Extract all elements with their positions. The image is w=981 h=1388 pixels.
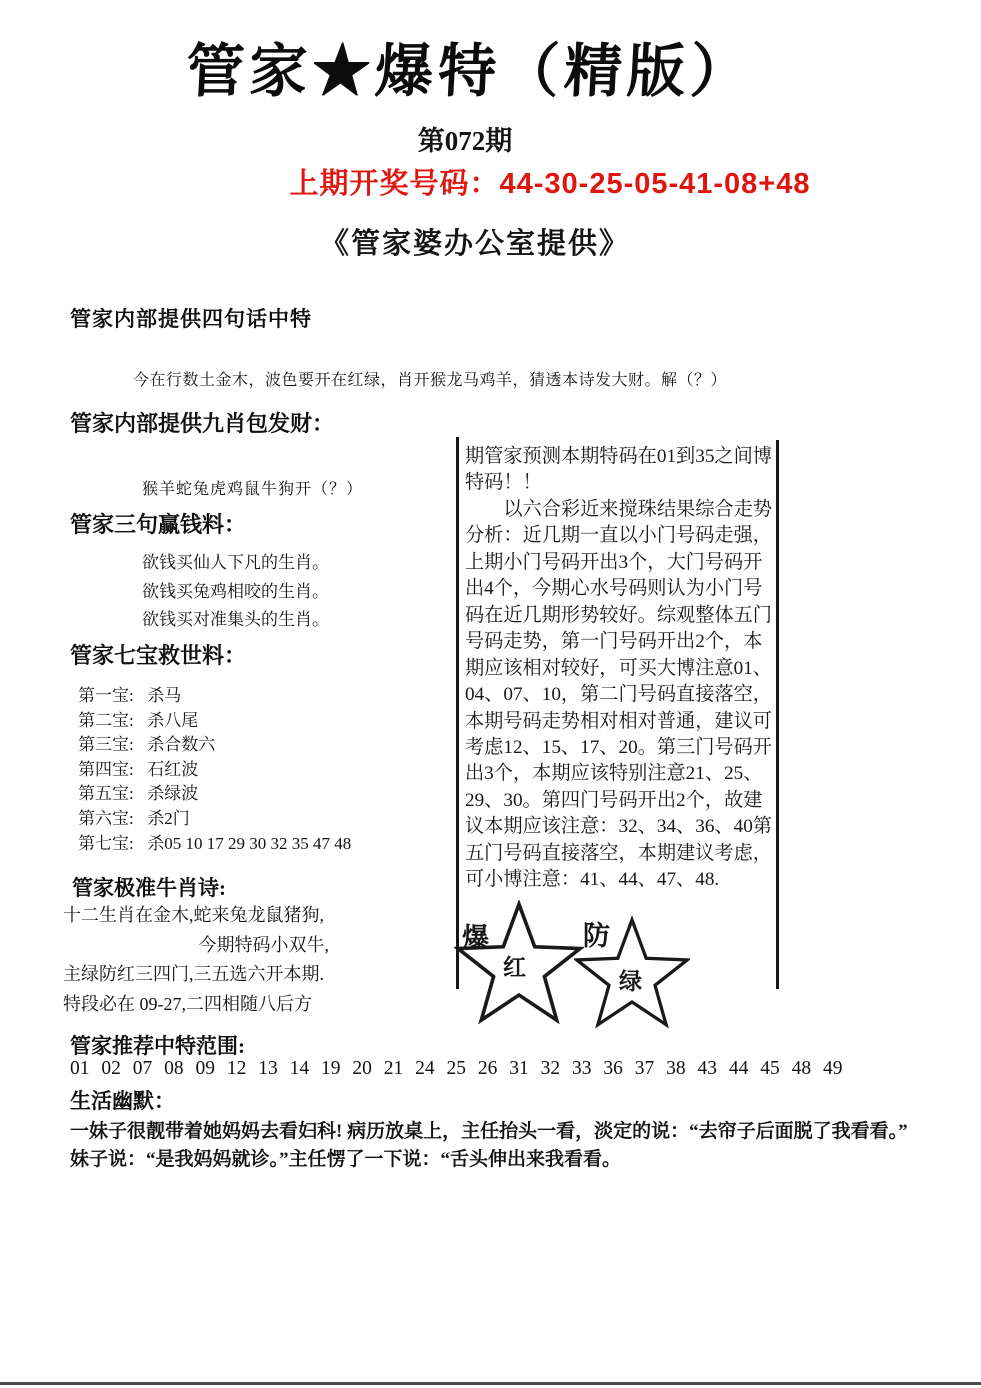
treasure-label: 第三宝: xyxy=(78,733,143,758)
poem-line: 主绿防红三四门,三五选六开本期. xyxy=(63,960,335,990)
section-heading-three-tips: 管家三句赢钱料： xyxy=(70,508,246,539)
star-label-lv: 绿 xyxy=(619,963,642,996)
treasure-label: 第七宝: xyxy=(78,832,143,857)
humor-line: 一妹子很靓带着她妈妈去看妇科! 病历放桌上，主任抬头一看，淡定的说：“去帘子后面… xyxy=(70,1118,938,1146)
treasure-row: 第一宝: 杀马 xyxy=(78,684,351,709)
treasure-value: 杀绿波 xyxy=(147,784,198,803)
scan-bottom-edge xyxy=(0,1382,981,1385)
treasure-row: 第六宝: 杀2门 xyxy=(78,807,351,832)
humor-line: 妹子说：“是我妈妈就诊。”主任愣了一下说：“舌头伸出来我看看。 xyxy=(70,1146,938,1174)
poem-line: 今期特码小双牛, xyxy=(63,931,335,961)
section-heading-recommend-range: 管家推荐中特范围: xyxy=(70,1030,245,1060)
prediction-line: 出3个，本期应该特别注意21、25、 xyxy=(465,761,775,787)
prediction-line: 期管家预测本期特码在01到35之间博 xyxy=(465,444,775,470)
section-heading-seven-treasures: 管家七宝救世料： xyxy=(70,639,246,670)
prediction-line: 号码走势，第一门号码开出2个，本 xyxy=(465,629,775,655)
recommend-numbers: 01 02 07 08 09 12 13 14 19 20 21 24 25 2… xyxy=(70,1058,950,1080)
treasure-row: 第五宝: 杀绿波 xyxy=(78,782,351,807)
treasure-value: 杀2门 xyxy=(147,809,190,828)
section-heading-four-sentence: 管家内部提供四句话中特 xyxy=(70,303,312,333)
section-heading-zodiac-poem: 管家极准牛肖诗: xyxy=(72,872,226,902)
prediction-line: 出4个，今期心水号码则认为小门号 xyxy=(465,576,775,602)
star-label-bao: 爆 xyxy=(462,916,489,955)
last-draw-numbers: 上期开奖号码：44-30-25-05-41-08+48 xyxy=(130,161,970,202)
seven-treasures-list: 第一宝: 杀马 第二宝: 杀八尾 第三宝: 杀合数六 第四宝: 石红波 第五宝:… xyxy=(78,684,351,856)
treasure-row: 第七宝: 杀05 10 17 29 30 32 35 47 48 xyxy=(78,832,351,857)
tip-line: 欲钱买兔鸡相咬的生肖。 xyxy=(142,578,329,607)
humor-text: 一妹子很靓带着她妈妈去看妇科! 病历放桌上，主任抬头一看，淡定的说：“去帘子后面… xyxy=(70,1118,938,1173)
treasure-label: 第六宝: xyxy=(78,807,143,832)
poem-line: 特段必在 09-27,二四相随八后方 xyxy=(63,990,335,1020)
treasure-label: 第五宝: xyxy=(78,782,143,807)
issue-number: 第072期 xyxy=(0,119,930,158)
treasure-row: 第三宝: 杀合数六 xyxy=(78,733,351,758)
star-label-fang: 防 xyxy=(583,914,610,953)
prediction-line: 上期小门号码开出3个，大门号码开 xyxy=(465,550,775,576)
section-heading-nine-zodiac: 管家内部提供九肖包发财： xyxy=(70,407,334,438)
treasure-value: 石红波 xyxy=(147,760,198,779)
page-title: 管家★爆特（精版） xyxy=(0,24,942,108)
prediction-line: 分析：近几期一直以小门号码走强， xyxy=(465,523,775,549)
prediction-line: 议本期应该注意：32、34、36、40第 xyxy=(465,814,775,840)
prediction-line: 可小博注意：41、44、47、48. xyxy=(465,867,775,893)
prediction-line: 期应该相对较好，可买大博注意01、 xyxy=(465,656,775,682)
treasure-label: 第四宝: xyxy=(78,758,143,783)
treasure-value: 杀05 10 17 29 30 32 35 47 48 xyxy=(147,834,351,853)
treasure-value: 杀马 xyxy=(147,686,181,705)
prediction-line: 29、30。第四门号码开出2个，故建 xyxy=(465,788,775,814)
lottery-tip-sheet: 管家★爆特（精版） 第072期 上期开奖号码：44-30-25-05-41-08… xyxy=(0,0,981,1388)
prediction-line: 04、07、10，第二门号码直接落空， xyxy=(465,682,775,708)
treasure-value: 杀八尾 xyxy=(147,711,198,730)
box-right-border xyxy=(776,440,779,989)
tip-line: 欲钱买对准集头的生肖。 xyxy=(142,606,329,635)
zodiac-poem: 十二生肖在金木,蛇来兔龙鼠猪狗,今期特码小双牛,主绿防红三四门,三五选六开本期.… xyxy=(63,901,335,1019)
treasure-label: 第二宝: xyxy=(78,709,143,734)
poem-line: 十二生肖在金木,蛇来兔龙鼠猪狗, xyxy=(63,901,335,931)
section-heading-humor: 生活幽默： xyxy=(70,1085,175,1115)
treasure-value: 杀合数六 xyxy=(147,735,215,754)
prediction-line: 以六合彩近来搅珠结果综合走势 xyxy=(465,497,775,523)
prediction-line: 考虑12、15、17、20。第三门号码开 xyxy=(465,735,775,761)
treasure-row: 第二宝: 杀八尾 xyxy=(78,709,351,734)
three-tips-list: 欲钱买仙人下凡的生肖。欲钱买兔鸡相咬的生肖。欲钱买对准集头的生肖。 xyxy=(142,549,329,635)
prediction-line: 特码！！ xyxy=(465,470,775,496)
provider-line: 《管家婆办公室提供》 xyxy=(0,221,950,262)
star-label-hong: 红 xyxy=(503,949,526,982)
tip-line: 欲钱买仙人下凡的生肖。 xyxy=(142,549,329,578)
prediction-line: 本期号码走势相对相对普通，建议可 xyxy=(465,709,775,735)
four-sentence-body: 今在行数土金木，波色要开在红绿，肖开猴龙马鸡羊，猜透本诗发大财。解（？） xyxy=(133,367,727,390)
treasure-label: 第一宝: xyxy=(78,684,143,709)
prediction-line: 码在近几期形势较好。综观整体五门 xyxy=(465,603,775,629)
prediction-text: 期管家预测本期特码在01到35之间博特码！！ 以六合彩近来搅珠结果综合走势分析：… xyxy=(465,444,775,894)
prediction-line: 五门号码直接落空，本期建议考虑， xyxy=(465,841,775,867)
treasure-row: 第四宝: 石红波 xyxy=(78,758,351,783)
nine-zodiac-body: 猴羊蛇兔虎鸡鼠牛狗开（？） xyxy=(142,476,363,499)
